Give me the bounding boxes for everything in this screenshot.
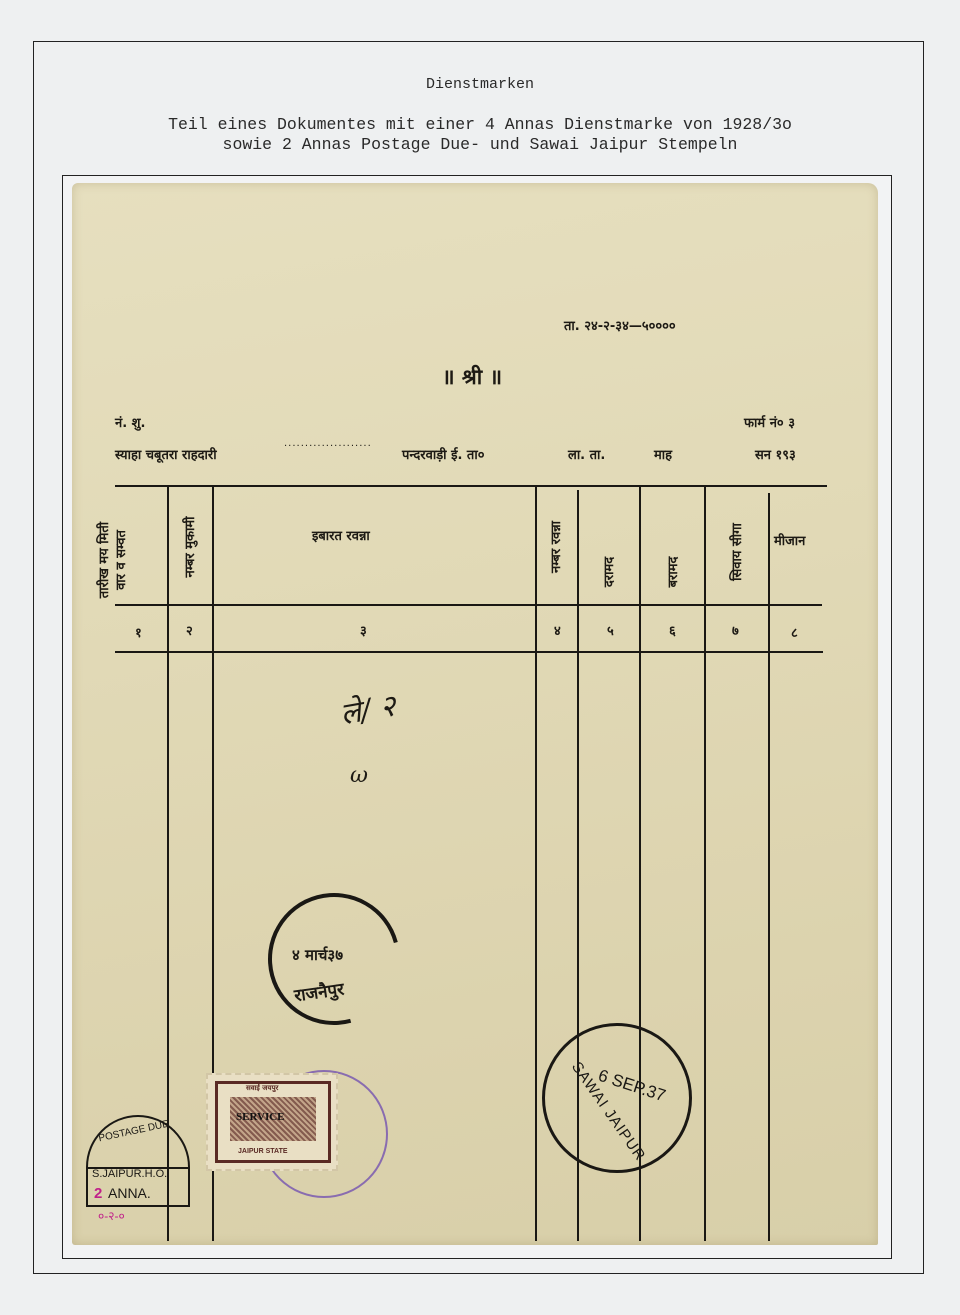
- description-line-1: Teil eines Dokumentes mit einer 4 Annas …: [0, 115, 960, 135]
- year-label: सन १९३: [755, 445, 796, 463]
- number-row-rule: [115, 651, 823, 653]
- column-divider-3: [535, 486, 537, 1241]
- album-page-title: Dienstmarken: [0, 76, 960, 93]
- service-stamp-top-text: सवाई जयपुर: [246, 1084, 278, 1093]
- column-header-pass-number: नम्बर रवन्ना: [546, 489, 564, 605]
- la-ta-label: ला. ता.: [568, 445, 605, 463]
- month-label: माह: [654, 445, 672, 463]
- table-top-rule: [115, 485, 827, 487]
- column-number-5: ५: [607, 621, 614, 639]
- column-header-date: तारीख मय मिती वार व सम्वत: [96, 502, 130, 618]
- column-number-2: २: [186, 621, 193, 639]
- column-divider-7: [768, 493, 770, 1241]
- column-number-3: ३: [360, 621, 367, 639]
- print-date: ता. २४-२-३४—५००००: [564, 316, 676, 334]
- column-header-other-heads: सिवाय सीगा: [727, 494, 745, 610]
- manuscript-amount: ०-२-०: [98, 1207, 125, 1224]
- handwritten-mark: ω: [350, 763, 368, 788]
- header-bottom-rule: [115, 604, 822, 606]
- register-dotted-fill: ·····················: [284, 441, 372, 452]
- handwritten-annotation: ले/ २: [337, 683, 399, 733]
- postage-due-office: S.JAIPUR.H.O.: [92, 1168, 167, 1180]
- postage-due-amount: 2: [94, 1185, 102, 1202]
- column-header-local-number: नम्बर मुकामी: [180, 489, 198, 605]
- document-paper: ता. २४-२-३४—५०००० ॥ श्री ॥ नं. शु. फार्म…: [72, 183, 878, 1245]
- column-number-6: ६: [669, 621, 676, 639]
- devanagari-postmark-date: ४ मार्च३७: [292, 945, 343, 965]
- column-header-pass-text: इबारत रवन्ना: [312, 526, 370, 544]
- column-number-8: ८: [791, 623, 798, 641]
- column-header-import: दरामद: [599, 514, 617, 630]
- column-number-4: ४: [554, 621, 561, 639]
- service-stamp: सवाई जयपुर SERVICE JAIPUR STATE: [206, 1073, 338, 1171]
- serial-number-label: नं. शु.: [115, 413, 145, 431]
- album-page-description: Teil eines Dokumentes mit einer 4 Annas …: [0, 115, 960, 155]
- column-number-7: ७: [732, 621, 739, 639]
- postage-due-anna: ANNA.: [108, 1185, 151, 1201]
- invocation-shri: ॥ श्री ॥: [442, 363, 502, 391]
- fortnight-label: पन्दरवाड़ी ई. ता०: [402, 445, 484, 463]
- column-header-total: मीजान: [774, 531, 805, 549]
- service-overprint: SERVICE: [236, 1111, 285, 1123]
- form-number: फार्म नं० ३: [744, 413, 795, 431]
- column-header-export: बरामद: [663, 514, 681, 630]
- column-number-1: १: [135, 623, 142, 641]
- service-stamp-bottom-text: JAIPUR STATE: [238, 1148, 288, 1155]
- register-title: स्याहा चबूतरा राहदारी: [115, 445, 217, 463]
- sawai-jaipur-postmark: [542, 1023, 692, 1173]
- description-line-2: sowie 2 Annas Postage Due- und Sawai Jai…: [0, 135, 960, 155]
- column-divider-6: [704, 487, 706, 1241]
